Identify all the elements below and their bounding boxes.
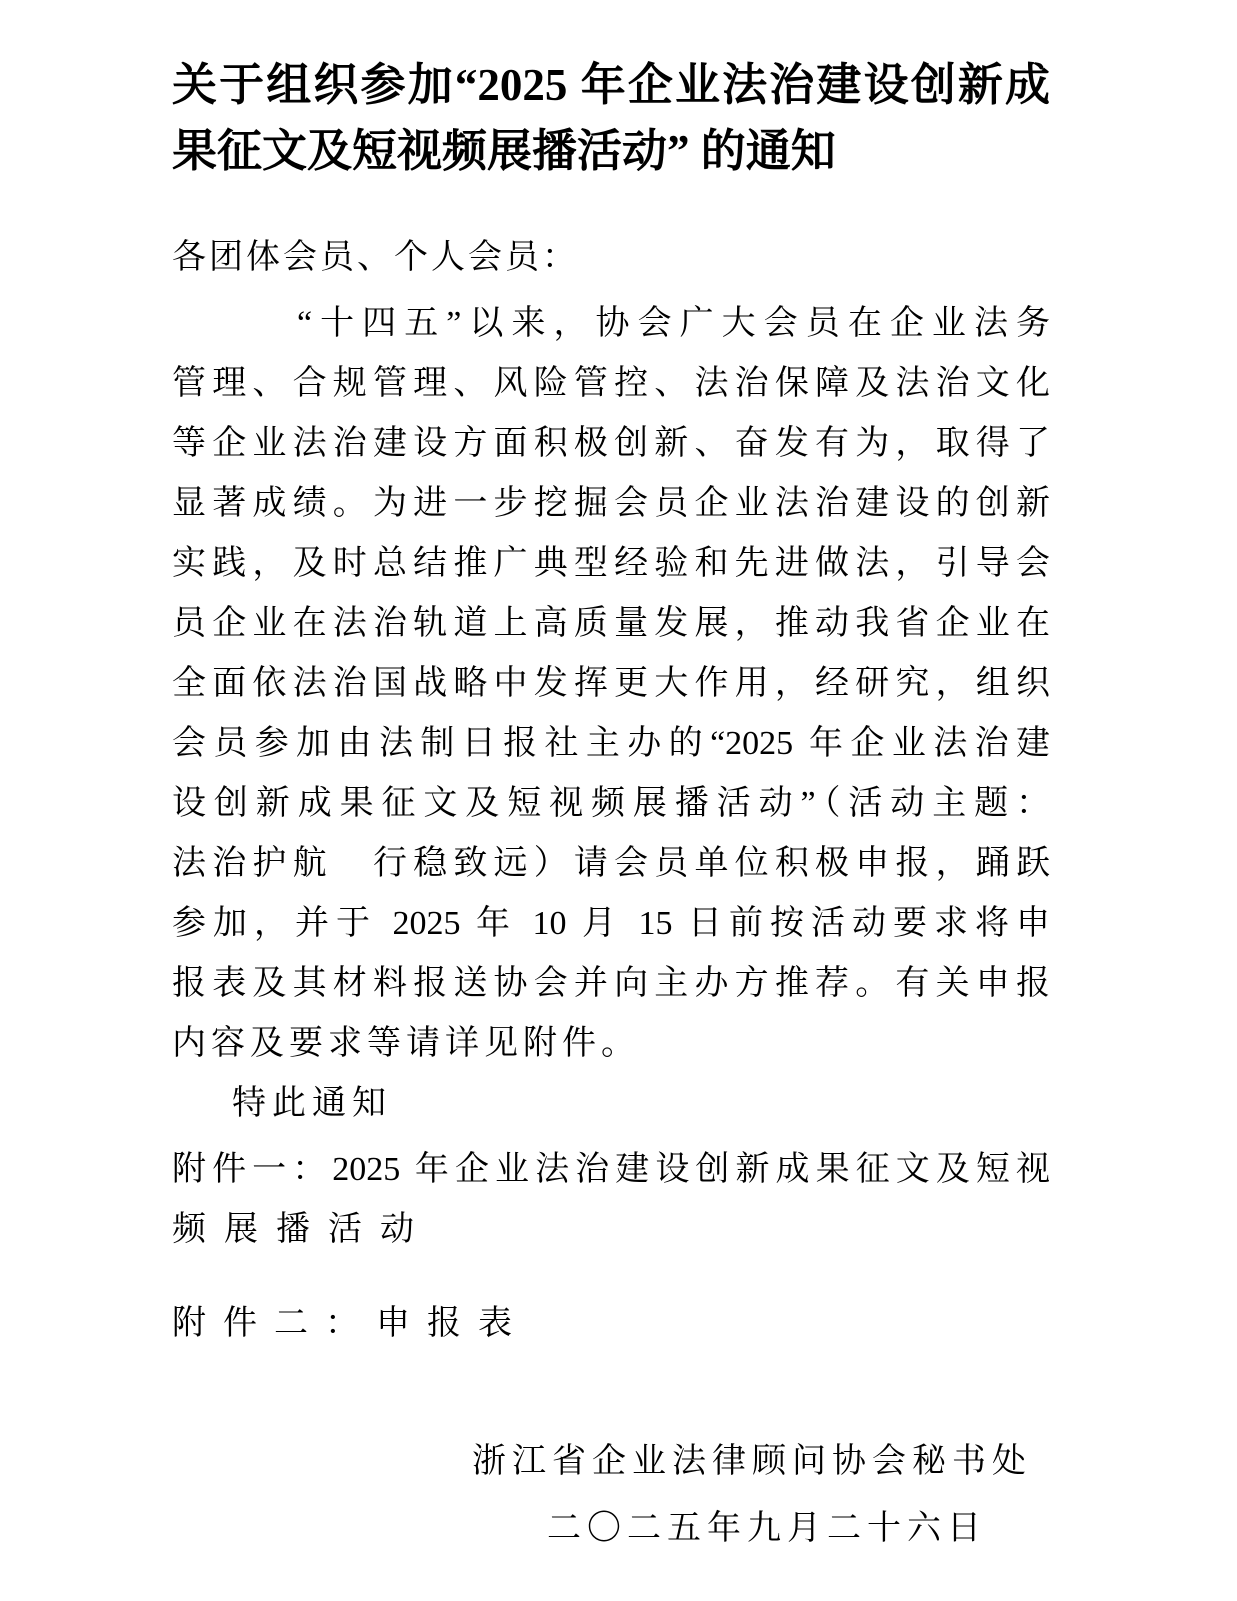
body-line: 等企业法治建设方面积极创新、奋发有为，取得了 [172,414,1050,474]
body-line: 全面依法治国战略中发挥更大作用，经研究，组织 [172,654,1050,714]
body-line: 报表及其材料报送协会并向主办方推荐。有关申报 [172,954,1050,1014]
signature-date: 二〇二五年九月二十六日 [547,1499,1050,1559]
document-title-line-1: 关于组织参加“2025 年企业法治建设创新成 [172,52,1050,118]
signature: 浙江省企业法律顾问协会秘书处 [472,1432,1050,1492]
body-line: 设创新成果征文及短视频展播活动”（活动主题： [172,774,1050,834]
closing-phrase: 特此通知 [172,1074,1050,1134]
body-line: 管理、合规管理、风险管控、法治保障及法治文化 [172,354,1050,414]
body-line: 员企业在法治轨道上高质量发展，推动我省企业在 [172,594,1050,654]
body-line: 内容及要求等请详见附件。 [172,1014,1050,1074]
body-line: 显著成绩。为进一步挖掘会员企业法治建设的创新 [172,474,1050,534]
salutation: 各团体会员、个人会员： [172,228,1050,288]
attachment-two: 附件二：申报表 [172,1294,1050,1354]
body-line: “十四五”以来，协会广大会员在企业法务 [172,294,1050,354]
attachment-one-line-2: 频展播活动 [172,1200,1050,1260]
document-body: 各团体会员、个人会员： “十四五”以来，协会广大会员在企业法务 管理、合规管理、… [172,228,1050,1559]
document-title-line-2: 果征文及短视频展播活动” 的通知 [172,118,1050,184]
body-line: 法治护航 行稳致远）请会员单位积极申报，踊跃 [172,834,1050,894]
body-line: 会员参加由法制日报社主办的“2025 年企业法治建 [172,714,1050,774]
main-paragraph: “十四五”以来，协会广大会员在企业法务 管理、合规管理、风险管控、法治保障及法治… [172,294,1050,1074]
attachment-one-line-1: 附件一：2025 年企业法治建设创新成果征文及短视 [172,1140,1050,1200]
notice-content: 关于组织参加“2025 年企业法治建设创新成 果征文及短视频展播活动” 的通知 … [0,52,1237,1559]
attachment-one: 附件一：2025 年企业法治建设创新成果征文及短视 频展播活动 [172,1140,1050,1260]
body-line: 参加，并于 2025 年 10 月 15 日前按活动要求将申 [172,894,1050,954]
document-title: 关于组织参加“2025 年企业法治建设创新成 果征文及短视频展播活动” 的通知 [172,52,1050,184]
body-line: 实践，及时总结推广典型经验和先进做法，引导会 [172,534,1050,594]
notice-page: 关于组织参加“2025 年企业法治建设创新成 果征文及短视频展播活动” 的通知 … [0,0,1237,1601]
